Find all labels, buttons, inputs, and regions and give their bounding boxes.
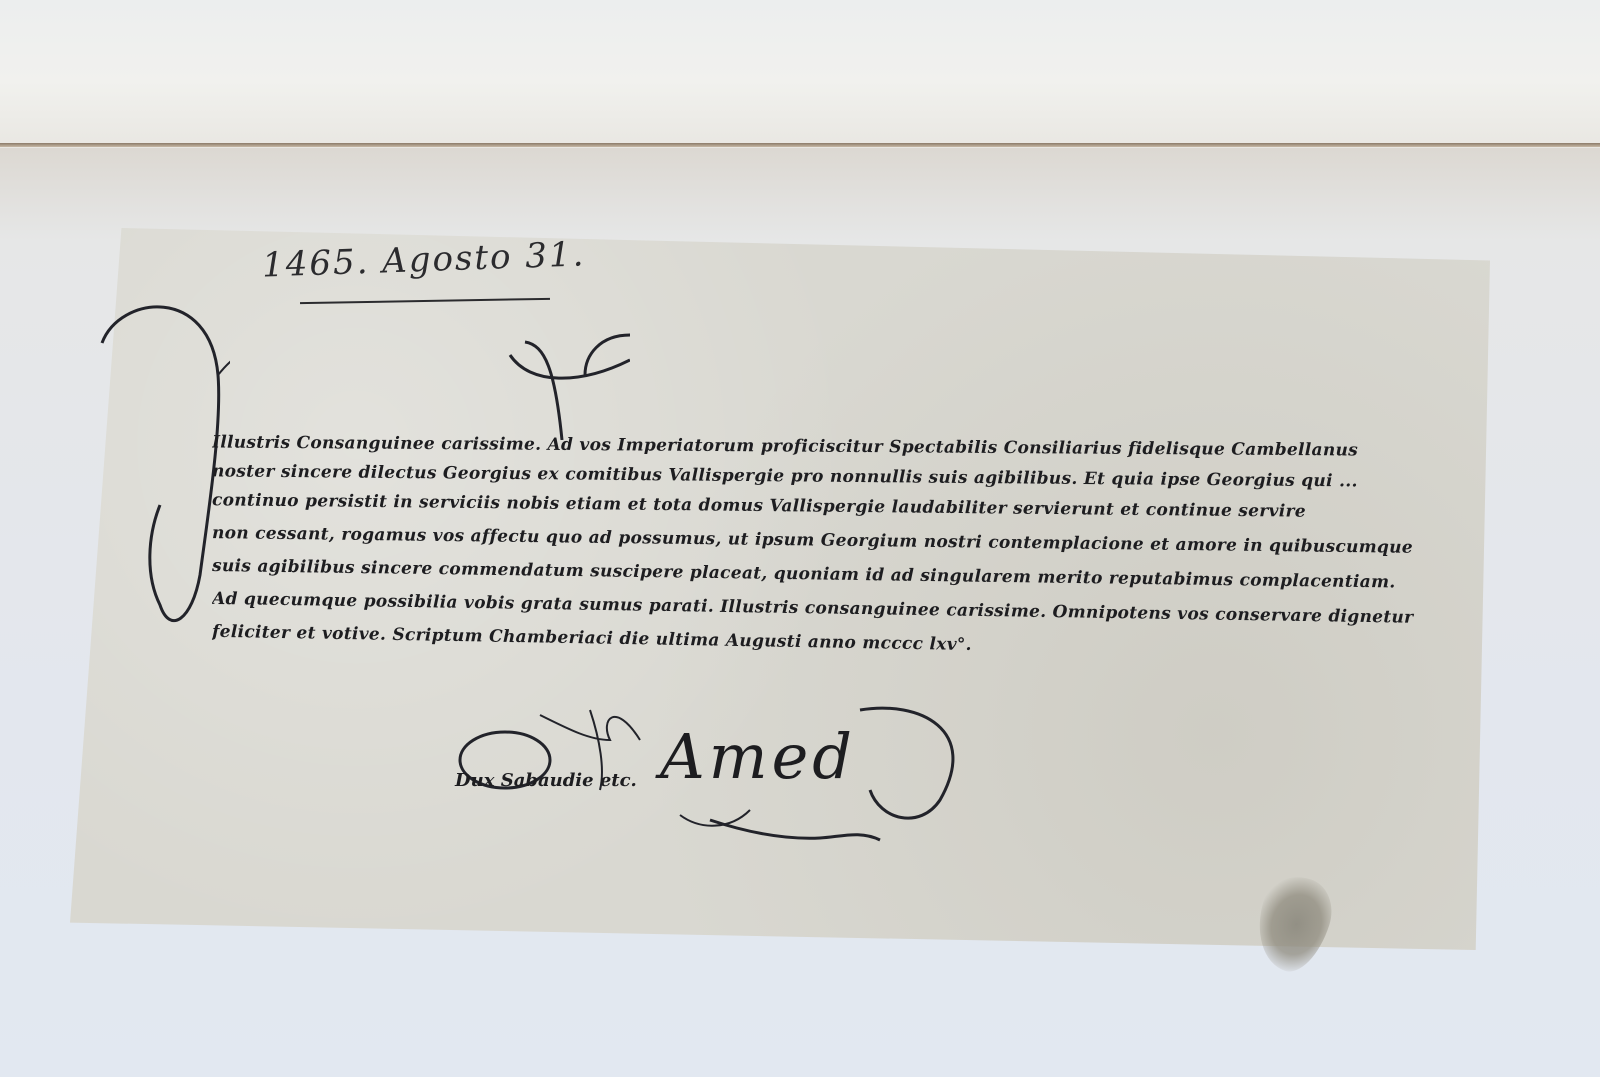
decorated-initial-i-icon [90, 285, 230, 645]
signature-name: Amed [660, 720, 856, 793]
signature-title: Dux Sabaudie etc. [455, 770, 637, 791]
letter-body: Illustris Consanguinee carissime. Ad vos… [212, 436, 1502, 708]
page-edge-shadow [0, 143, 1600, 147]
album-top-sheet [0, 0, 1600, 148]
ascender-flourish-icon [490, 330, 630, 440]
